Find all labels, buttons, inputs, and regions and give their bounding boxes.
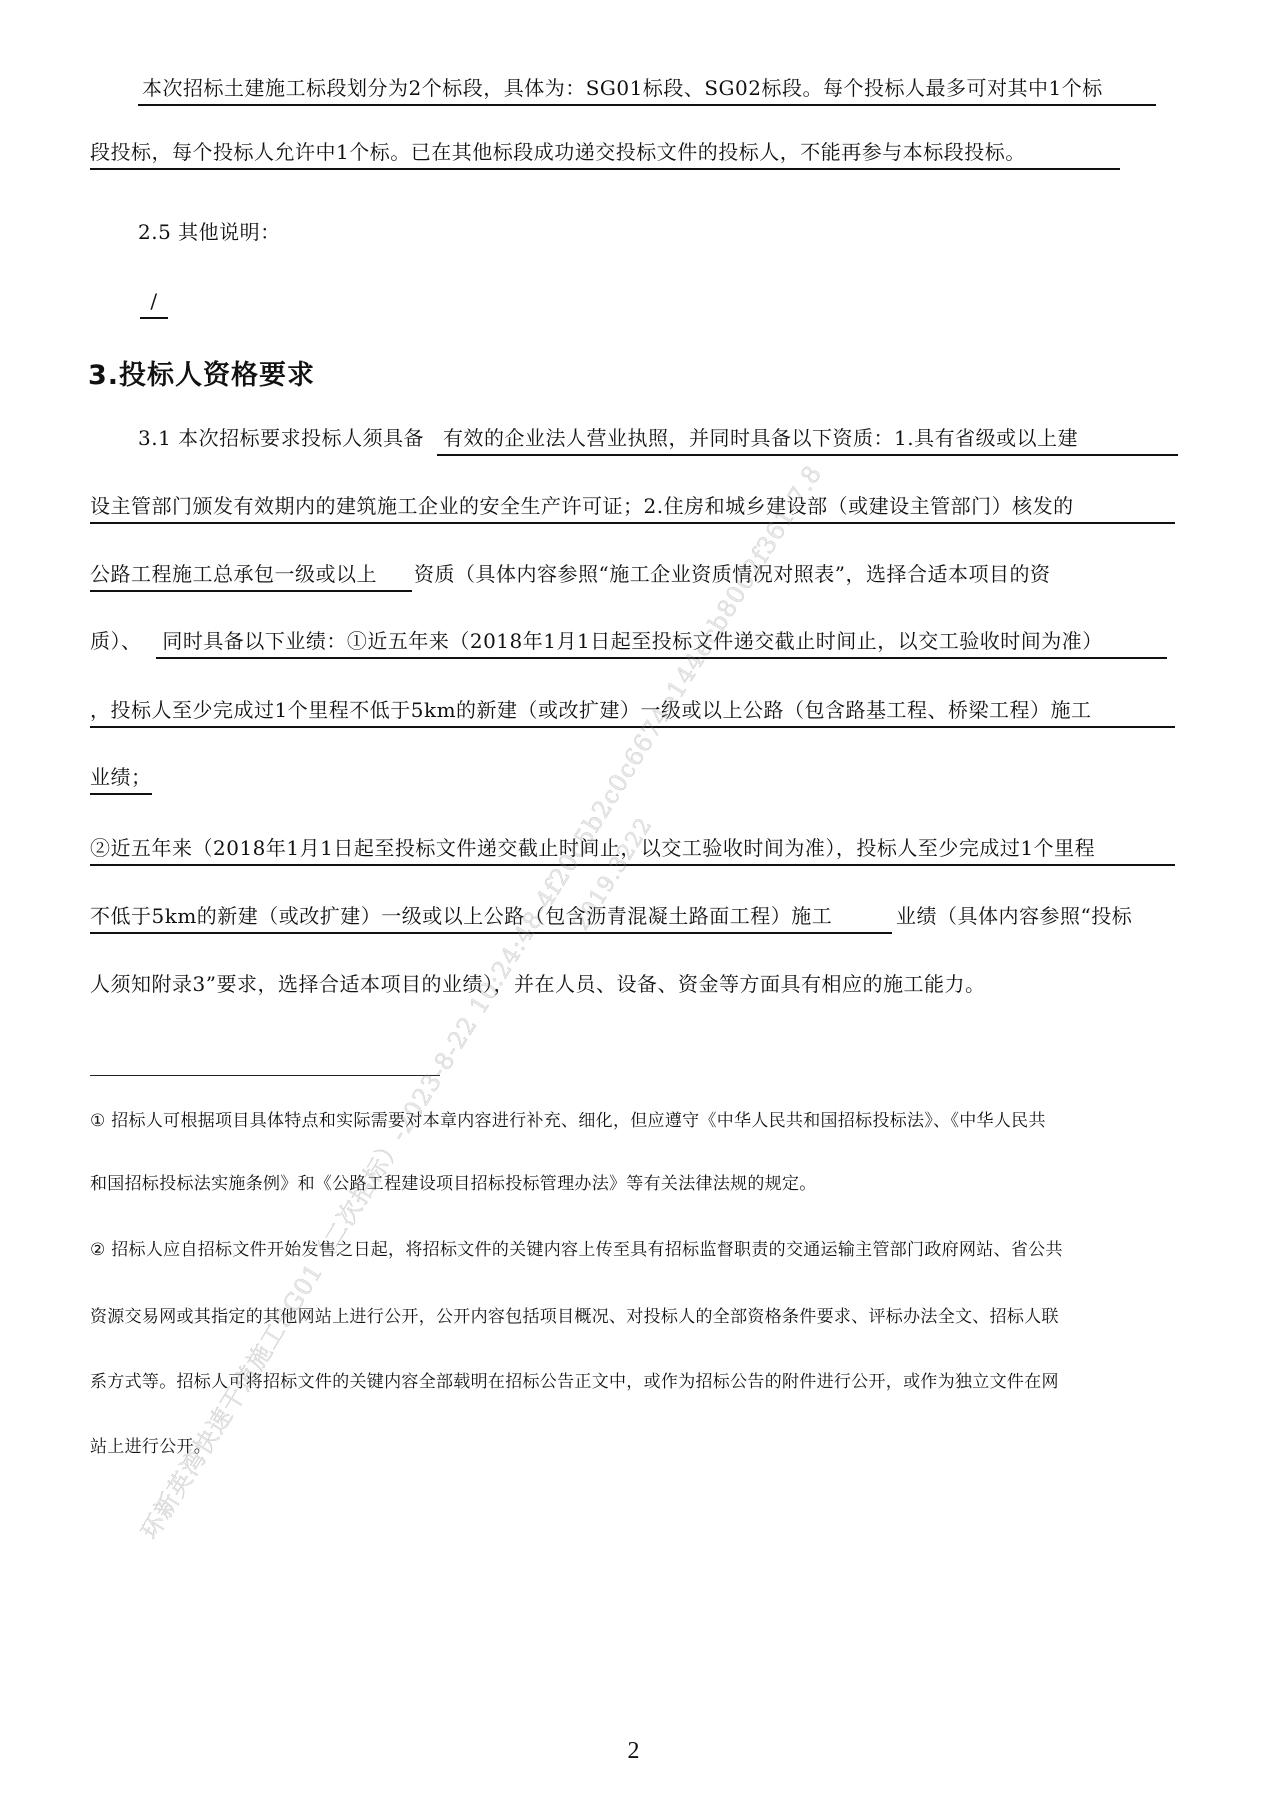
paragraph-text: 业绩（具体内容参照“投标	[896, 904, 1132, 928]
paragraph-line: 3.1 本次招标要求投标人须具备 有效的企业法人营业执照，并同时具备以下资质：1…	[138, 425, 1178, 456]
footnote-line: 站上进行公开。	[90, 1436, 211, 1458]
page-number: 2	[0, 1738, 1267, 1765]
paragraph-line: 公路工程施工总承包一级或以上资质（具体内容参照“施工企业资质情况对照表”，选择合…	[90, 561, 1050, 592]
footnote-line: ② 招标人应自招标文件开始发售之日起，将招标文件的关键内容上传至具有招标监督职责…	[90, 1239, 1063, 1261]
paragraph-text: 资质（具体内容参照“施工企业资质情况对照表”，选择合适本项目的资	[414, 562, 1050, 586]
footnote-line: 资源交易网或其指定的其他网站上进行公开，公开内容包括项目概况、对投标人的全部资格…	[90, 1306, 1059, 1328]
section-heading: 3.投标人资格要求	[88, 353, 315, 392]
paragraph-prefix: 3.1 本次招标要求投标人须具备	[138, 426, 424, 450]
paragraph-prefix: 质）、	[90, 629, 142, 653]
footnote-divider	[90, 1075, 440, 1076]
paragraph-line: 质）、 同时具备以下业绩：①近五年来（2018年1月1日起至投标文件递交截止时间…	[90, 628, 1167, 659]
underlined-text: 业绩；	[90, 764, 152, 795]
paragraph-line: 设主管部门颁发有效期内的建筑施工企业的安全生产许可证；2.住房和城乡建设部（或建…	[90, 493, 1175, 524]
paragraph-line: 业绩；	[90, 764, 152, 795]
footnote-line: 系方式等。招标人可将招标文件的关键内容全部载明在招标公告正文中，或作为招标公告的…	[90, 1371, 1059, 1393]
paragraph-line: 人须知附录3”要求，选择合适本项目的业绩），并在人员、设备、资金等方面具有相应的…	[90, 971, 985, 997]
paragraph-line: 段投标，每个投标人允许中1个标。已在其他标段成功递交投标文件的投标人，不能再参与…	[90, 139, 1120, 170]
section-2-5-label: 2.5 其他说明：	[138, 219, 281, 245]
underlined-text: 同时具备以下业绩：①近五年来（2018年1月1日起至投标文件递交截止时间止，以交…	[156, 628, 1167, 659]
underlined-text: 本次招标土建施工标段划分为2个标段，具体为：SG01标段、SG02标段。每个投标…	[138, 75, 1156, 106]
underlined-text: 不低于5km的新建（或改扩建）一级或以上公路（包含沥青混凝土路面工程）施工	[90, 903, 892, 934]
footnote-line: ① 招标人可根据项目具体特点和实际需要对本章内容进行补充、细化，但应遵守《中华人…	[90, 1110, 1046, 1132]
paragraph-line: ②近五年来（2018年1月1日起至投标文件递交截止时间止，以交工验收时间为准），…	[90, 835, 1175, 866]
underlined-text: 设主管部门颁发有效期内的建筑施工企业的安全生产许可证；2.住房和城乡建设部（或建…	[90, 493, 1175, 524]
section-2-5-value: /	[140, 288, 168, 319]
paragraph-line: 本次招标土建施工标段划分为2个标段，具体为：SG01标段、SG02标段。每个投标…	[138, 75, 1156, 106]
underlined-text: 段投标，每个投标人允许中1个标。已在其他标段成功递交投标文件的投标人，不能再参与…	[90, 139, 1120, 170]
paragraph-line: ，投标人至少完成过1个里程不低于5km的新建（或改扩建）一级或以上公路（包含路基…	[90, 697, 1175, 728]
paragraph-line: 不低于5km的新建（或改扩建）一级或以上公路（包含沥青混凝土路面工程）施工业绩（…	[90, 903, 1132, 934]
underlined-text: ，投标人至少完成过1个里程不低于5km的新建（或改扩建）一级或以上公路（包含路基…	[90, 697, 1175, 728]
underlined-text: ②近五年来（2018年1月1日起至投标文件递交截止时间止，以交工验收时间为准），…	[90, 835, 1175, 866]
document-page: 本次招标土建施工标段划分为2个标段，具体为：SG01标段、SG02标段。每个投标…	[0, 0, 1267, 1793]
underlined-text: 公路工程施工总承包一级或以上	[90, 561, 412, 592]
underlined-text: 有效的企业法人营业执照，并同时具备以下资质：1.具有省级或以上建	[437, 425, 1178, 456]
footnote-line: 和国招标投标法实施条例》和《公路工程建设项目招标投标管理办法》等有关法律法规的规…	[90, 1173, 817, 1195]
